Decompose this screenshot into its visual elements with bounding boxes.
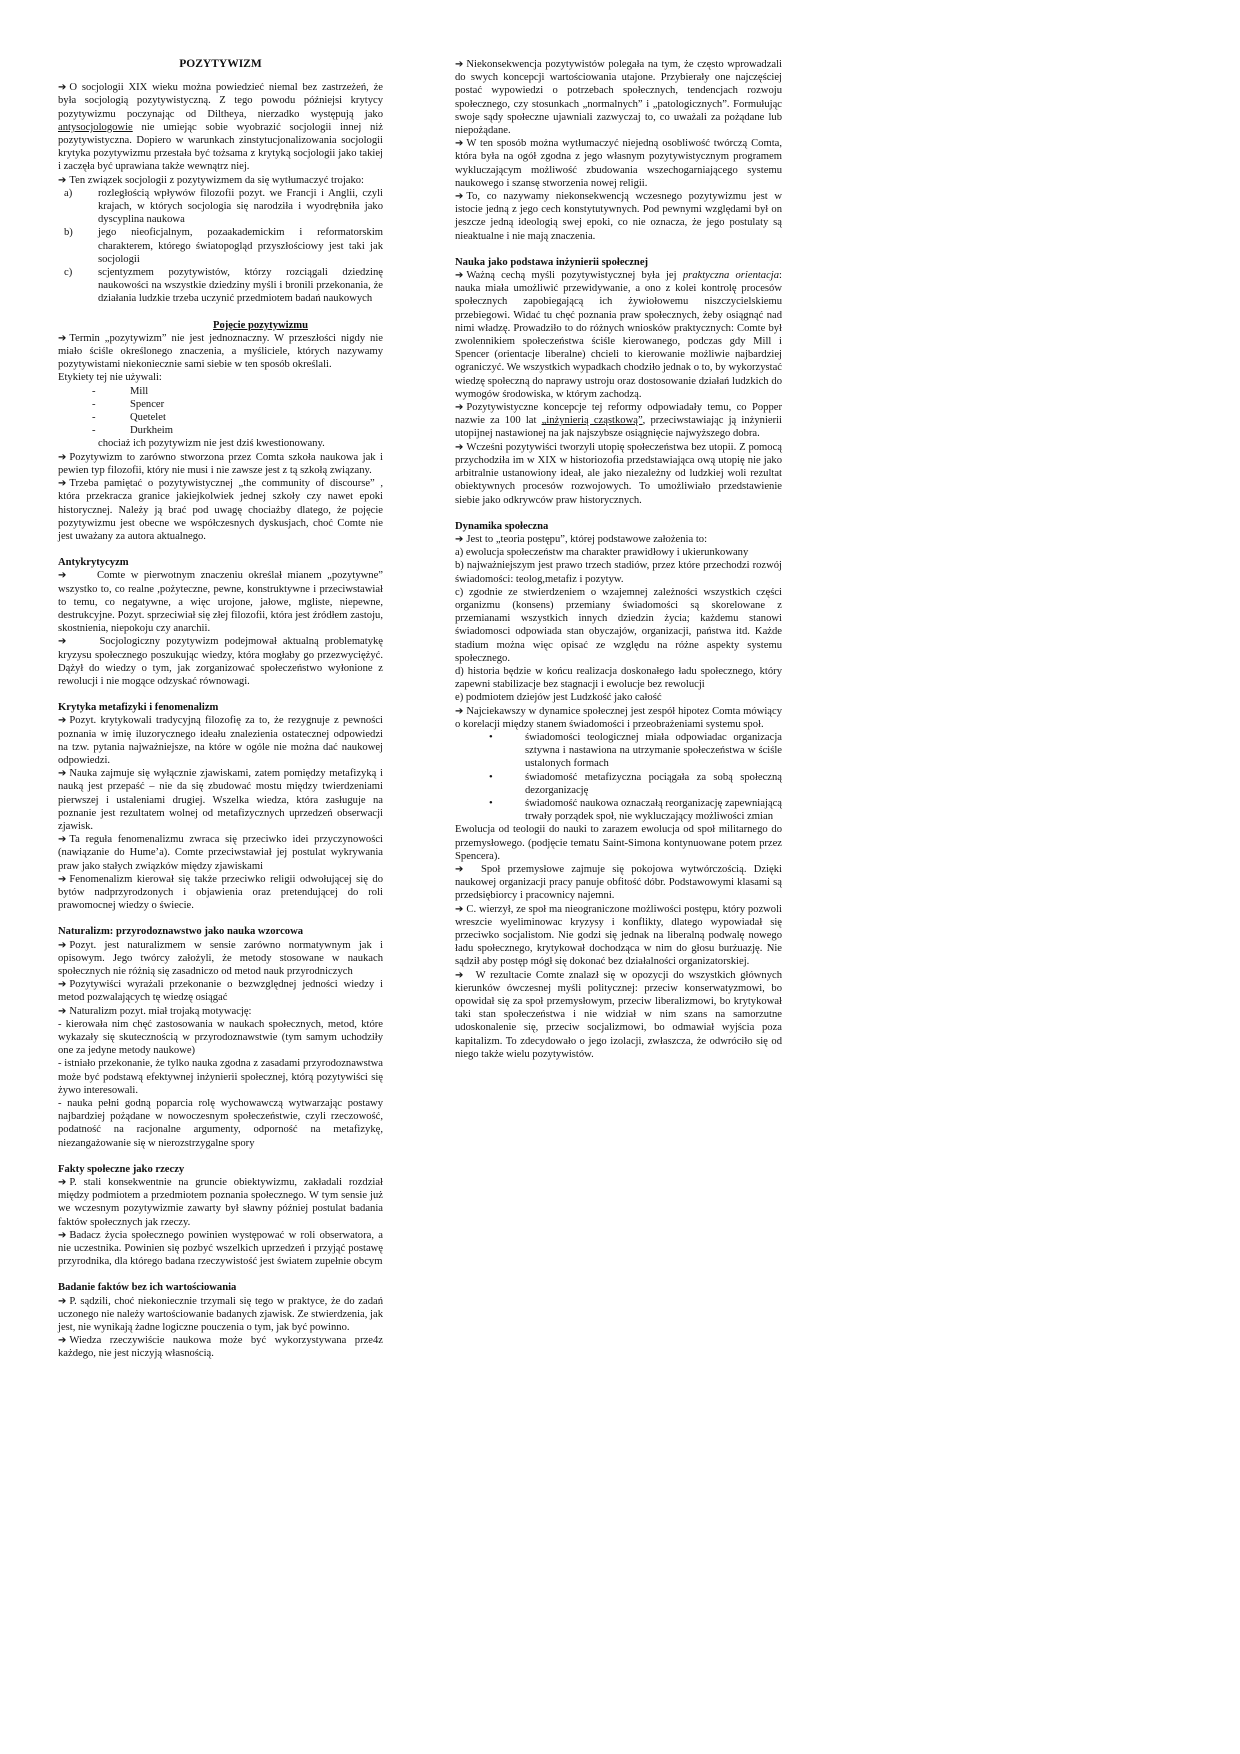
paragraph: ➔Ta reguła fenomenalizmu zwraca się prze…	[58, 833, 383, 873]
underlined-term: antysocjologowie	[58, 122, 133, 133]
paragraph: ➔Fenomenalizm kierował się także przeciw…	[58, 873, 383, 913]
paragraph: ➔ Comte w pierwotnym znaczeniu określał …	[58, 569, 383, 635]
paragraph: ➔ Społ przemysłowe zajmuje się pokojowa …	[455, 863, 782, 903]
paragraph: ➔Pozytywiści wyrażali przekonanie o bezw…	[58, 978, 383, 1004]
paragraph: b) najważniejszym jest prawo trzech stad…	[455, 559, 782, 585]
paragraph: ➔Jest to „teoria postępu”, której podsta…	[455, 533, 782, 546]
arrow-icon: ➔	[455, 904, 463, 915]
list-item: •świadomość naukowa oznaczałą reorganiza…	[455, 797, 782, 823]
arrow-icon: ➔	[58, 768, 66, 779]
bullet-icon: •	[455, 771, 525, 797]
document-title: POZYTYWIZM	[58, 58, 383, 71]
paragraph: ➔Naturalizm pozyt. miał trojaką motywacj…	[58, 1005, 383, 1018]
paragraph: e) podmiotem dziejów jest Ludzkość jako …	[455, 691, 782, 704]
paragraph: ➔Ważną cechą myśli pozytywistycznej była…	[455, 269, 782, 401]
paragraph: ➔W ten sposób można wytłumaczyć niejedną…	[455, 137, 782, 190]
names-list: -Mill -Spencer -Quetelet -Durkheim	[58, 385, 383, 438]
paragraph: ➔Wcześni pozytywiści tworzyli utopię spo…	[455, 441, 782, 507]
section-heading: Pojęcie pozytywizmu	[58, 319, 383, 332]
paragraph: ➔C. wierzył, ze społ ma nieograniczone m…	[455, 903, 782, 969]
paragraph: ➔Najciekawszy w dynamice społecznej jest…	[455, 705, 782, 731]
arrow-icon: ➔	[58, 478, 66, 489]
list-item: •świadomość metafizyczna pociągała za so…	[455, 771, 782, 797]
emphasis: praktyczna orientacja	[683, 270, 779, 281]
bullet-icon: •	[455, 731, 525, 771]
paragraph: Etykiety tej nie używali:	[58, 371, 383, 384]
arrow-icon: ➔	[58, 1177, 66, 1188]
intro-paragraph-2: ➔Ten związek socjologii z pozytywizmem d…	[58, 174, 383, 187]
arrow-icon: ➔	[58, 834, 66, 845]
underlined-term: „inżynierią cząstkową”	[542, 415, 643, 426]
paragraph: ➔Pozyt. jest naturalizmem w sensie zarów…	[58, 939, 383, 979]
section-heading: Antykrytycyzm	[58, 556, 383, 569]
arrow-icon: ➔	[455, 59, 463, 70]
paragraph: ➔Nauka zajmuje się wyłącznie zjawiskami,…	[58, 767, 383, 833]
paragraph: ➔To, co nazywamy niekonsekwencją wczesne…	[455, 190, 782, 243]
arrow-icon: ➔	[58, 333, 66, 344]
left-column: POZYTYWIZM ➔O socjologii XIX wieku można…	[58, 58, 383, 1361]
bullet-icon: •	[455, 797, 525, 823]
paragraph: ➔ W rezultacie Comte znalazł się w opozy…	[455, 969, 782, 1061]
paragraph: ➔P. stali konsekwentnie na gruncie obiek…	[58, 1176, 383, 1229]
section-heading: Krytyka metafizyki i fenomenalizm	[58, 701, 383, 714]
paragraph: d) historia będzie w końcu realizacja do…	[455, 665, 782, 691]
list-item: b)jego nieoficjalnym, pozaakademickim i …	[58, 226, 383, 266]
paragraph: ➔Trzeba pamiętać o pozytywistycznej „the…	[58, 477, 383, 543]
arrow-icon: ➔	[455, 402, 463, 413]
paragraph: ➔Pozytywizm to zarówno stworzona przez C…	[58, 451, 383, 477]
arrow-icon: ➔	[58, 1006, 66, 1017]
right-column: ➔Niekonsekwencja pozytywistów polegała n…	[455, 58, 782, 1061]
list-item: -Quetelet	[58, 411, 383, 424]
list-item: •świadomości teologicznej miała odpowiad…	[455, 731, 782, 771]
paragraph: ➔Badacz życia społecznego powinien wystę…	[58, 1229, 383, 1269]
arrow-icon: ➔	[58, 1296, 66, 1307]
paragraph: Ewolucja od teologii do nauki to zarazem…	[455, 823, 782, 863]
paragraph: ➔Termin „pozytywizm” nie jest jednoznacz…	[58, 332, 383, 372]
paragraph: a) ewolucja społeczeństw ma charakter pr…	[455, 546, 782, 559]
arrow-icon: ➔	[455, 534, 463, 545]
arrow-icon: ➔	[58, 874, 66, 885]
paragraph: - istniało przekonanie, że tylko nauka z…	[58, 1057, 383, 1097]
arrow-icon: ➔	[455, 706, 463, 717]
bullet-list: •świadomości teologicznej miała odpowiad…	[455, 731, 782, 823]
arrow-icon: ➔	[58, 715, 66, 726]
paragraph: ➔Pozyt. krytykowali tradycyjną filozofię…	[58, 714, 383, 767]
paragraph: ➔Pozytywistyczne koncepcje tej reformy o…	[455, 401, 782, 441]
arrow-icon: ➔	[58, 979, 66, 990]
paragraph: - nauka pełni godną poparcia rolę wychow…	[58, 1097, 383, 1150]
paragraph: ➔Niekonsekwencja pozytywistów polegała n…	[455, 58, 782, 137]
paragraph: - kierowała nim chęć zastosowania w nauk…	[58, 1018, 383, 1058]
section-heading: Dynamika społeczna	[455, 520, 782, 533]
list-item: -Mill	[58, 385, 383, 398]
paragraph: ➔P. sądzili, choć niekoniecznie trzymali…	[58, 1295, 383, 1335]
section-heading: Naturalizm: przyrodoznawstwo jako nauka …	[58, 925, 383, 938]
intro-paragraph-1: ➔O socjologii XIX wieku można powiedzieć…	[58, 81, 383, 173]
list-item: c)scjentyzmem pozytywistów, którzy rozci…	[58, 266, 383, 306]
arrow-icon: ➔	[58, 175, 66, 186]
list-item: a)rozległością wpływów filozofii pozyt. …	[58, 187, 383, 227]
arrow-icon: ➔	[455, 270, 463, 281]
paragraph: ➔ Socjologiczny pozytywizm podejmował ak…	[58, 635, 383, 688]
arrow-icon: ➔	[58, 82, 66, 93]
arrow-icon: ➔	[58, 1335, 66, 1346]
arrow-icon: ➔	[58, 940, 66, 951]
paragraph: chociaż ich pozytywizm nie jest dziś kwe…	[58, 437, 383, 450]
arrow-icon: ➔	[58, 452, 66, 463]
arrow-icon: ➔	[455, 864, 463, 875]
arrow-icon: ➔	[455, 970, 463, 981]
paragraph: c) zgodnie ze stwierdzeniem o wzajemnej …	[455, 586, 782, 665]
list-item: -Spencer	[58, 398, 383, 411]
section-heading: Badanie faktów bez ich wartościowania	[58, 1281, 383, 1294]
arrow-icon: ➔	[455, 442, 463, 453]
arrow-icon: ➔	[58, 1230, 66, 1241]
section-heading: Fakty społeczne jako rzeczy	[58, 1163, 383, 1176]
arrow-icon: ➔	[455, 191, 463, 202]
arrow-icon: ➔	[455, 138, 463, 149]
paragraph: ➔Wiedza rzeczywiście naukowa może być wy…	[58, 1334, 383, 1360]
arrow-icon: ➔	[58, 636, 66, 647]
section-heading: Nauka jako podstawa inżynierii społeczne…	[455, 256, 782, 269]
arrow-icon: ➔	[58, 570, 66, 581]
list-item: -Durkheim	[58, 424, 383, 437]
reasons-list: a)rozległością wpływów filozofii pozyt. …	[58, 187, 383, 306]
